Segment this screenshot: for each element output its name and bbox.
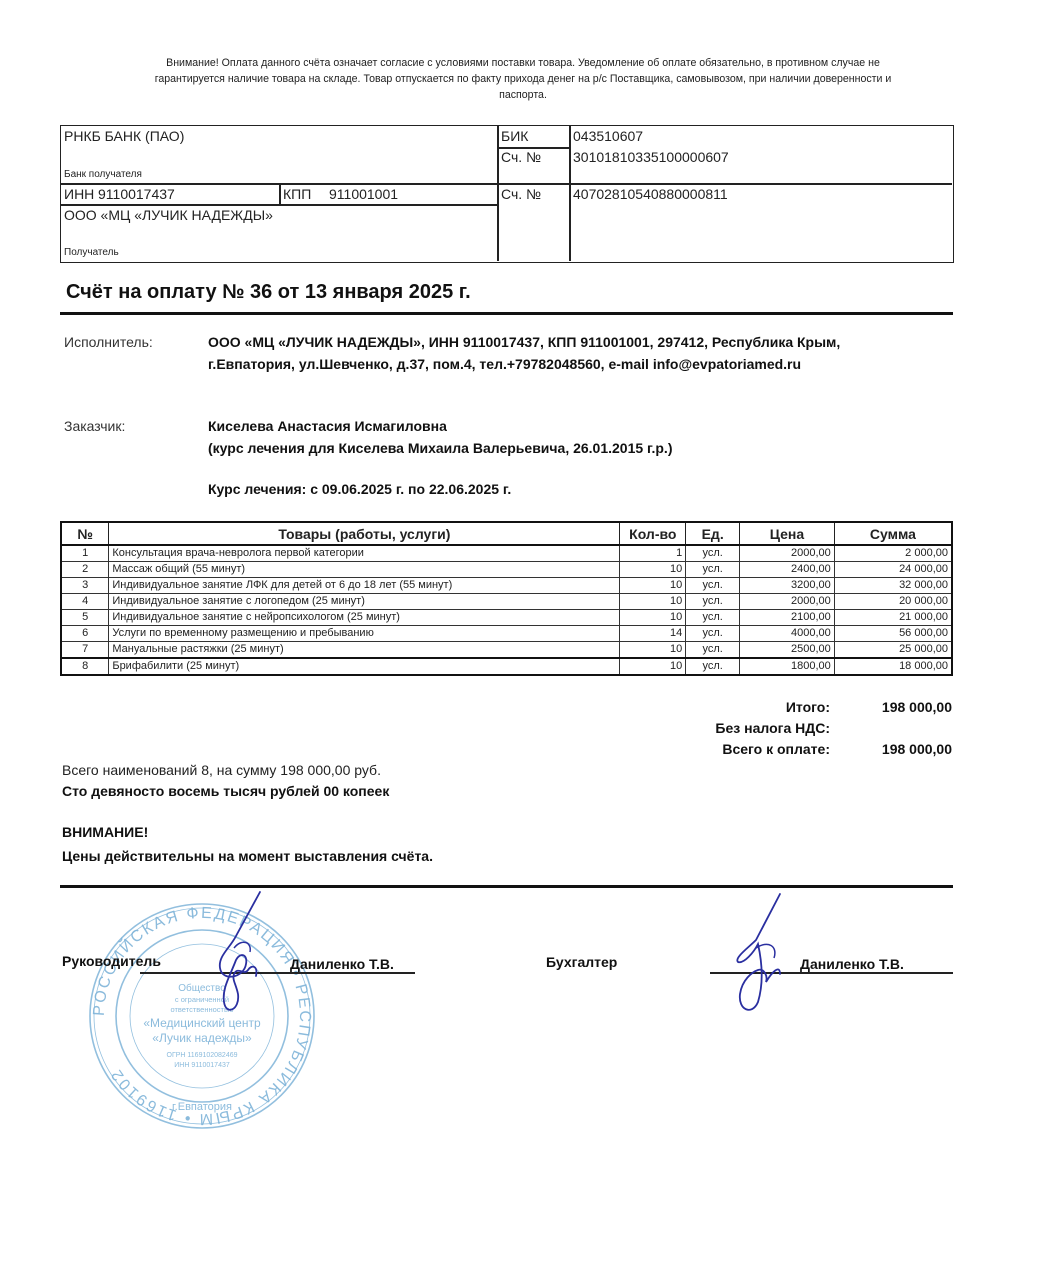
row-sum: 56 000,00: [834, 626, 952, 642]
table-row: 3Индивидуальное занятие ЛФК для детей от…: [61, 578, 952, 594]
customer-note: (курс лечения для Киселева Михаила Валер…: [208, 437, 672, 459]
row-item: Консультация врача-невролога первой кате…: [109, 545, 620, 562]
bik-label: БИК: [501, 128, 528, 144]
row-price: 2400,00: [740, 562, 835, 578]
kpp-label: КПП: [283, 186, 311, 202]
col-header-qty: Кол-во: [620, 522, 686, 545]
accountant-signature: [728, 892, 808, 1022]
account-label: Сч. №: [501, 186, 541, 202]
items-table: № Товары (работы, услуги) Кол-во Ед. Цен…: [60, 521, 953, 676]
row-qty: 10: [620, 562, 686, 578]
col-header-unit: Ед.: [686, 522, 740, 545]
bank-name: РНКБ БАНК (ПАО): [64, 128, 184, 144]
stamp-city: г.Евпатория: [172, 1101, 232, 1113]
table-row: 8Брифабилити (25 минут)10усл.1800,0018 0…: [61, 658, 952, 675]
row-qty: 10: [620, 578, 686, 594]
attention-text: Цены действительны на момент выставления…: [62, 848, 433, 864]
table-row: 5Индивидуальное занятие с нейропсихолого…: [61, 610, 952, 626]
bik-value: 043510607: [573, 128, 643, 144]
total-value: 198 000,00: [830, 697, 952, 718]
total-label: Итого:: [600, 697, 830, 718]
row-qty: 10: [620, 658, 686, 675]
table-row: 1Консультация врача-невролога первой кат…: [61, 545, 952, 562]
row-unit: усл.: [686, 610, 740, 626]
row-price: 2000,00: [740, 545, 835, 562]
table-row: 6Услуги по временному размещению и пребы…: [61, 626, 952, 642]
row-qty: 14: [620, 626, 686, 642]
row-item: Индивидуальное занятие с нейропсихологом…: [109, 610, 620, 626]
due-value: 198 000,00: [830, 739, 952, 760]
row-item: Мануальные растяжки (25 минут): [109, 642, 620, 659]
inn-label: ИНН: [64, 186, 94, 202]
row-unit: усл.: [686, 642, 740, 659]
row-sum: 25 000,00: [834, 642, 952, 659]
accountant-label: Бухгалтер: [546, 954, 617, 970]
row-number: 2: [61, 562, 109, 578]
row-sum: 2 000,00: [834, 545, 952, 562]
row-qty: 10: [620, 642, 686, 659]
row-item: Индивидуальное занятие с логопедом (25 м…: [109, 594, 620, 610]
due-label: Всего к оплате:: [600, 739, 830, 760]
executor-label: Исполнитель:: [64, 334, 153, 350]
row-unit: усл.: [686, 594, 740, 610]
col-header-number: №: [61, 522, 109, 545]
director-label: Руководитель: [62, 953, 161, 969]
row-number: 3: [61, 578, 109, 594]
account-value: 40702810540880000811: [573, 186, 728, 202]
stamp-ogrn: ОГРН 1169102082469: [167, 1052, 238, 1059]
row-price: 2100,00: [740, 610, 835, 626]
row-sum: 24 000,00: [834, 562, 952, 578]
row-price: 3200,00: [740, 578, 835, 594]
row-sum: 18 000,00: [834, 658, 952, 675]
attention-heading: ВНИМАНИЕ!: [62, 824, 148, 840]
table-row: 7Мануальные растяжки (25 минут)10усл.250…: [61, 642, 952, 659]
bank-label: Банк получателя: [64, 169, 142, 180]
row-unit: усл.: [686, 658, 740, 675]
row-item: Массаж общий (55 минут): [109, 562, 620, 578]
row-item: Индивидуальное занятие ЛФК для детей от …: [109, 578, 620, 594]
stamp-line-5: «Лучик надежды»: [152, 1031, 252, 1045]
row-price: 1800,00: [740, 658, 835, 675]
title-divider: [60, 312, 953, 315]
table-header-row: № Товары (работы, услуги) Кол-во Ед. Цен…: [61, 522, 952, 545]
totals-block: Итого:198 000,00 Без налога НДС: Всего к…: [600, 697, 952, 760]
row-sum: 21 000,00: [834, 610, 952, 626]
executor-line-2: г.Евпатория, ул.Шевченко, д.37, пом.4, т…: [208, 353, 801, 375]
vat-label: Без налога НДС:: [600, 718, 830, 739]
row-unit: усл.: [686, 545, 740, 562]
recipient-name: ООО «МЦ «ЛУЧИК НАДЕЖДЫ»: [64, 207, 273, 223]
row-number: 1: [61, 545, 109, 562]
row-number: 6: [61, 626, 109, 642]
payment-notice: Внимание! Оплата данного счёта означает …: [140, 55, 906, 103]
items-count-summary: Всего наименований 8, на сумму 198 000,0…: [62, 762, 381, 778]
row-unit: усл.: [686, 626, 740, 642]
accountant-name: Даниленко Т.В.: [800, 956, 904, 972]
row-number: 8: [61, 658, 109, 675]
customer-name: Киселева Анастасия Исмагиловна: [208, 415, 447, 437]
row-qty: 10: [620, 594, 686, 610]
corr-account-label: Сч. №: [501, 149, 541, 165]
col-header-sum: Сумма: [834, 522, 952, 545]
row-number: 4: [61, 594, 109, 610]
row-qty: 1: [620, 545, 686, 562]
executor-line-1: ООО «МЦ «ЛУЧИК НАДЕЖДЫ», ИНН 9110017437,…: [208, 331, 840, 353]
director-name: Даниленко Т.В.: [290, 956, 394, 972]
recipient-label: Получатель: [64, 247, 119, 258]
row-unit: усл.: [686, 562, 740, 578]
kpp-value: 911001001: [329, 186, 398, 202]
director-signature: [200, 890, 280, 1020]
row-price: 4000,00: [740, 626, 835, 642]
signature-divider: [60, 885, 953, 888]
row-item: Услуги по временному размещению и пребыв…: [109, 626, 620, 642]
table-row: 4Индивидуальное занятие с логопедом (25 …: [61, 594, 952, 610]
vat-value: [830, 718, 952, 739]
corr-account-value: 30101810335100000607: [573, 149, 729, 165]
course-dates: Курс лечения: с 09.06.2025 г. по 22.06.2…: [208, 478, 511, 500]
customer-label: Заказчик:: [64, 418, 125, 434]
row-sum: 20 000,00: [834, 594, 952, 610]
row-price: 2500,00: [740, 642, 835, 659]
row-sum: 32 000,00: [834, 578, 952, 594]
row-number: 5: [61, 610, 109, 626]
row-qty: 10: [620, 610, 686, 626]
stamp-inn: ИНН 9110017437: [174, 1062, 230, 1069]
inn-value: 9110017437: [98, 186, 175, 202]
col-header-price: Цена: [740, 522, 835, 545]
row-unit: усл.: [686, 578, 740, 594]
row-item: Брифабилити (25 минут): [109, 658, 620, 675]
row-price: 2000,00: [740, 594, 835, 610]
bank-details: РНКБ БАНК (ПАО) Банк получателя БИК 0435…: [60, 125, 954, 263]
table-row: 2Массаж общий (55 минут)10усл.2400,0024 …: [61, 562, 952, 578]
row-number: 7: [61, 642, 109, 659]
col-header-items: Товары (работы, услуги): [109, 522, 620, 545]
invoice-title: Счёт на оплату № 36 от 13 января 2025 г.: [66, 281, 471, 304]
amount-in-words: Сто девяносто восемь тысяч рублей 00 коп…: [62, 783, 389, 799]
